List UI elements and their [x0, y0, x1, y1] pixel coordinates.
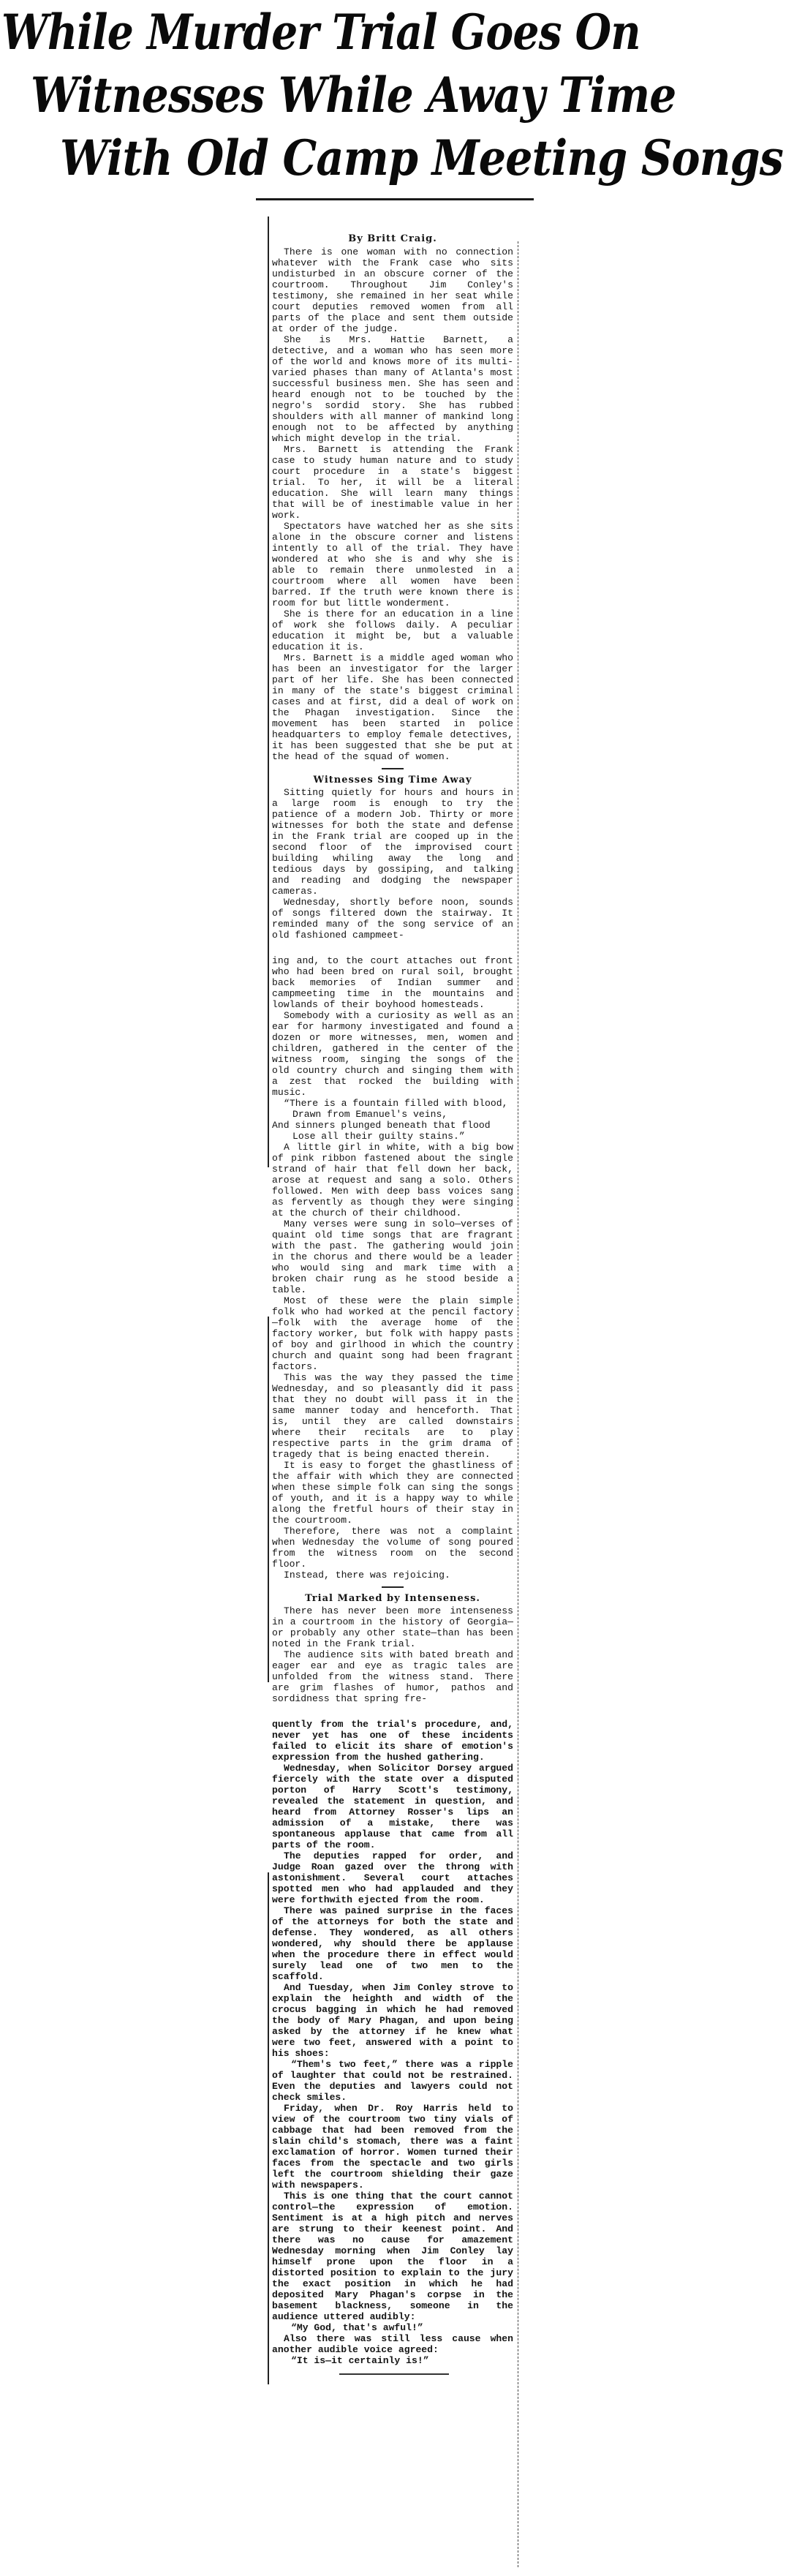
paragraph: Most of these were the plain simple folk…: [272, 1295, 513, 1372]
verse-line: And sinners plunged beneath that flood: [272, 1120, 513, 1131]
subheading: Witnesses Sing Time Away: [272, 774, 513, 787]
paragraph: There has never been more intenseness in…: [272, 1605, 513, 1649]
section-divider: [382, 768, 404, 769]
paragraph: She is Mrs. Hattie Barnett, a detective,…: [272, 334, 513, 444]
paragraph: There is one woman with no connection wh…: [272, 246, 513, 334]
paragraph: ing and, to the court attaches out front…: [272, 955, 513, 1010]
paragraph: Spectators have watched her as she sits …: [272, 521, 513, 609]
byline: By Britt Craig.: [272, 233, 513, 246]
subheading: Trial Marked by Intenseness.: [272, 1592, 513, 1605]
paragraph: She is there for an education in a line …: [272, 609, 513, 652]
column-border-left: [268, 1872, 269, 2384]
article-end-rule: [339, 2373, 449, 2375]
column-border-left: [268, 216, 269, 1167]
paragraph: The deputies rapped for order, and Judge…: [272, 1850, 513, 1905]
paragraph: Sitting quietly for hours and hours in a…: [272, 787, 513, 897]
paragraph: Also there was still less cause when ano…: [272, 2333, 513, 2355]
quote-line: “It is—it certainly is!”: [272, 2355, 513, 2366]
paragraph: Mrs. Barnett is attending the Frank case…: [272, 444, 513, 521]
paragraph: Instead, there was rejoicing.: [272, 1570, 513, 1581]
headline-line-2: Witnesses While Away Time: [31, 66, 676, 124]
hymn-verse: “There is a fountain filled with blood, …: [272, 1098, 513, 1142]
paragraph: quently from the trial's procedure, and,…: [272, 1719, 513, 1763]
paragraph: This is one thing that the court cannot …: [272, 2191, 513, 2322]
article-column: By Britt Craig. There is one woman with …: [272, 233, 513, 2375]
paragraph: Wednesday, when Solicitor Dorsey argued …: [272, 1763, 513, 1850]
verse-line: Drawn from Emanuel's veins,: [272, 1109, 513, 1120]
column-break-gap: [272, 941, 513, 955]
quote-line: “My God, that's awful!”: [272, 2322, 513, 2333]
paragraph: Therefore, there was not a complaint whe…: [272, 1526, 513, 1570]
column-break-gap: [272, 1704, 513, 1719]
paragraph: The audience sits with bated breath and …: [272, 1649, 513, 1704]
paragraph: There was pained surprise in the faces o…: [272, 1905, 513, 1982]
witnesses-sing-section: Witnesses Sing Time Away Sitting quietly…: [272, 774, 513, 1581]
verse-line: Lose all their guilty stains.”: [272, 1131, 513, 1142]
paragraph: A little girl in white, with a big bow o…: [272, 1142, 513, 1219]
column-border-left: [268, 1317, 269, 1682]
headline-divider: [256, 198, 534, 200]
verse-line: “There is a fountain filled with blood,: [272, 1098, 513, 1109]
intro-section: There is one woman with no connection wh…: [272, 246, 513, 762]
headline-line-1: While Murder Trial Goes On: [1, 3, 640, 61]
paragraph: This was the way they passed the time We…: [272, 1372, 513, 1460]
paragraph: Friday, when Dr. Roy Harris held to view…: [272, 2103, 513, 2191]
paragraph: Somebody with a curiosity as well as an …: [272, 1010, 513, 1098]
paragraph: It is easy to forget the ghastliness of …: [272, 1460, 513, 1526]
headline-line-3: With Old Camp Meeting Songs: [60, 129, 783, 187]
column-border-right: [518, 241, 518, 2567]
paragraph: Wednesday, shortly before noon, sounds o…: [272, 897, 513, 941]
trial-intenseness-section: Trial Marked by Intenseness. There has n…: [272, 1592, 513, 2366]
section-divider: [382, 1586, 404, 1588]
paragraph: “Them's two feet,” there was a ripple of…: [272, 2059, 513, 2103]
paragraph: And Tuesday, when Jim Conley strove to e…: [272, 1982, 513, 2059]
paragraph: Mrs. Barnett is a middle aged woman who …: [272, 652, 513, 762]
paragraph: Many verses were sung in solo—verses of …: [272, 1219, 513, 1295]
